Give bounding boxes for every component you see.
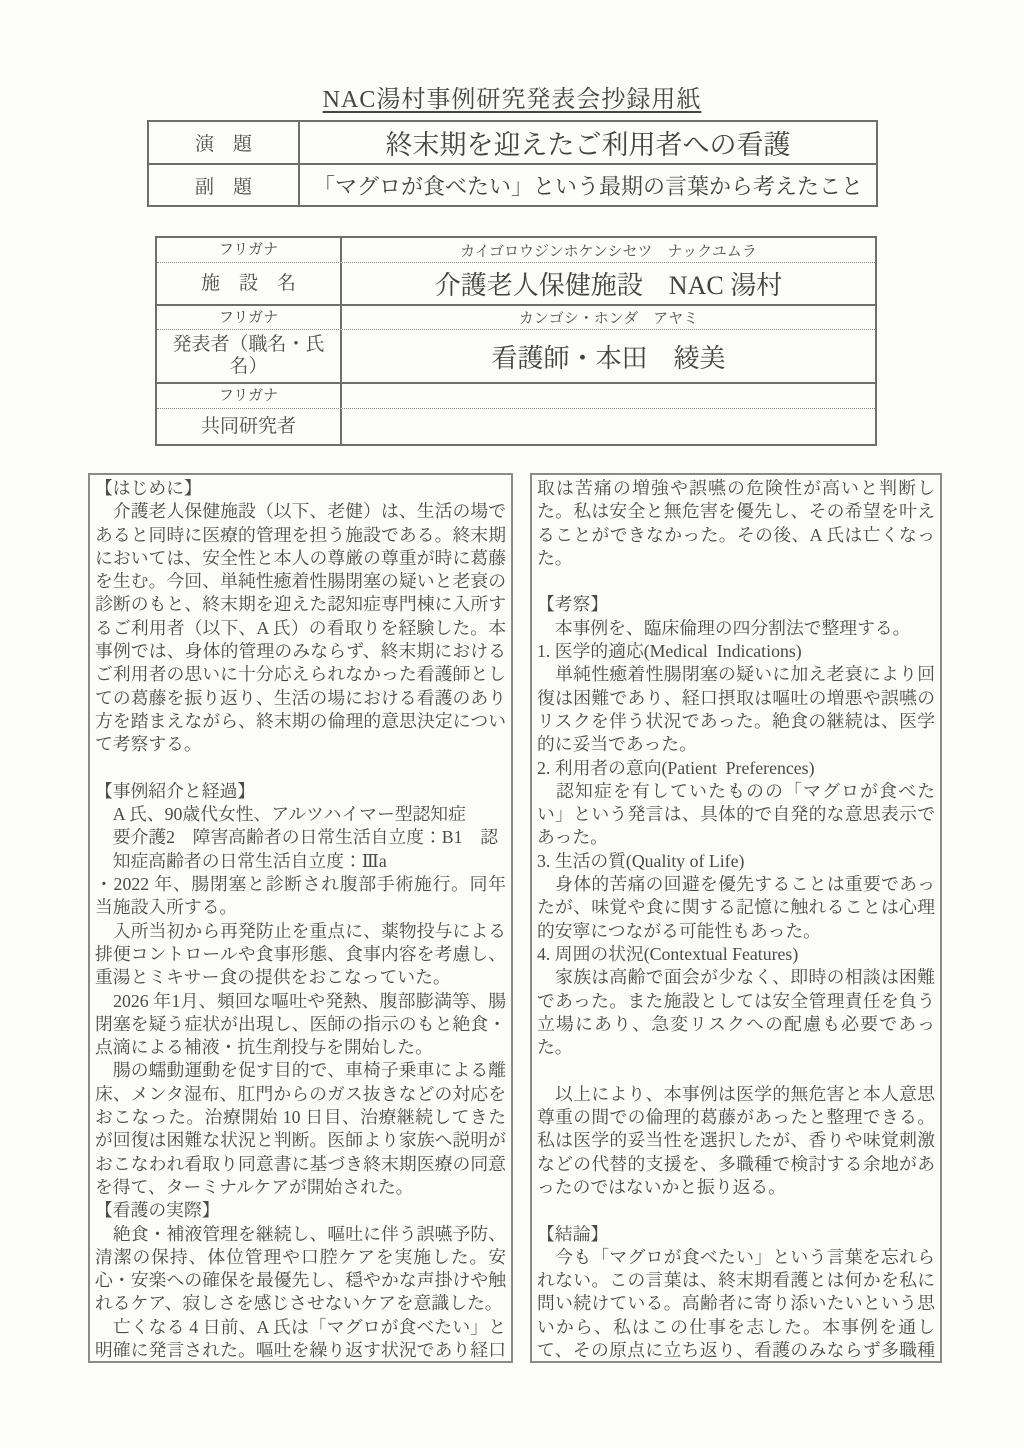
field-value-subtitle: 「マグロが食べたい」という最期の言葉から考えたこと [300, 165, 876, 205]
paragraph: 家族は高齢で面会が少なく、即時の相談は困難であった。また施設としては安全管理責任… [537, 966, 935, 1059]
abstract-right-column: 取は苦痛の増強や誤嚥の危険性が高いと判断した。私は安全と無危害を優先し、その希望… [530, 473, 942, 1363]
section-heading: 【看護の実際】 [95, 1199, 506, 1222]
paragraph: 取は苦痛の増強や誤嚥の危険性が高いと判断した。私は安全と無危害を優先し、その希望… [537, 477, 935, 570]
section-heading: 【考察】 [537, 593, 935, 616]
field-value-co-researcher-furigana [342, 384, 875, 408]
field-value-title: 終末期を迎えたご利用者への看護 [300, 122, 876, 163]
field-label-furigana: フリガナ [157, 384, 342, 408]
paragraph: 介護老人保健施設（以下、老健）は、生活の場であると同時に医療的管理を担う施設であ… [95, 500, 506, 756]
abstract-left-column: 【はじめに】 介護老人保健施設（以下、老健）は、生活の場であると同時に医療的管理… [88, 473, 513, 1363]
co-researcher-furigana-row: フリガナ [157, 384, 875, 409]
paragraph: 入所当初から再発防止を重点に、薬物投与による排便コントロールや食事形態、食事内容… [95, 920, 506, 990]
paragraph: 2. 利用者の意向(Patient Preferences) [537, 757, 935, 780]
title-table: 演 題 終末期を迎えたご利用者への看護 副 題 「マグロが食べたい」という最期の… [147, 120, 878, 207]
title-row: 演 題 終末期を迎えたご利用者への看護 [149, 122, 876, 163]
paragraph: 単純性癒着性腸閉塞の疑いに加え老衰により回復は困難であり、経口摂取は嘔吐の増悪や… [537, 663, 935, 756]
presenter-info-table: フリガナ カイゴロウジンホケンシセツ ナックユムラ 施 設 名 介護老人保健施設… [155, 236, 877, 446]
paragraph: 1. 医学的適応(Medical Indications) [537, 640, 935, 663]
field-label-subtitle: 副 題 [149, 165, 300, 205]
paragraph: A 氏、90歳代女性、アルツハイマー型認知症 要介護2 障害高齢者の日常生活自立… [95, 803, 506, 873]
field-label-co-researcher: 共同研究者 [157, 409, 342, 444]
paragraph: 亡くなる 4 日前、A 氏は「マグロが食べたい」と明確に発言された。嘔吐を繰り返… [95, 1316, 506, 1363]
blank-line [95, 757, 506, 780]
section-heading: 【はじめに】 [95, 477, 506, 500]
field-value-facility-furigana: カイゴロウジンホケンシセツ ナックユムラ [342, 238, 875, 262]
paragraph: 認知症を有していたものの「マグロが食べたい」という発言は、具体的で自発的な意思表… [537, 780, 935, 850]
field-value-facility: 介護老人保健施設 NAC 湯村 [342, 263, 875, 304]
co-researcher-group: フリガナ 共同研究者 [157, 382, 875, 444]
paragraph: 3. 生活の質(Quality of Life) [537, 850, 935, 873]
paragraph: ・2022 年、腸閉塞と診断され腹部手術施行。同年当施設入所する。 [95, 873, 506, 920]
facility-name-row: 施 設 名 介護老人保健施設 NAC 湯村 [157, 263, 875, 304]
blank-line [537, 1059, 935, 1082]
presenter-furigana-row: フリガナ カンゴシ・ホンダ アヤミ [157, 306, 875, 330]
paragraph: 4. 周囲の状況(Contextual Features) [537, 943, 935, 966]
field-label-furigana: フリガナ [157, 238, 342, 262]
paragraph: 絶食・補液管理を継続し、嘔吐に伴う誤嚥予防、清潔の保持、体位管理や口腔ケアを実施… [95, 1223, 506, 1316]
presenter-group: フリガナ カンゴシ・ホンダ アヤミ 発表者（職名・氏名） 看護師・本田 綾美 [157, 304, 875, 382]
facility-group: フリガナ カイゴロウジンホケンシセツ ナックユムラ 施 設 名 介護老人保健施設… [157, 238, 875, 304]
co-researcher-row: 共同研究者 [157, 409, 875, 444]
paragraph: 以上により、本事例は医学的無危害と本人意思尊重の間での倫理的葛藤があったと整理で… [537, 1083, 935, 1199]
field-value-presenter: 看護師・本田 綾美 [342, 330, 875, 382]
facility-furigana-row: フリガナ カイゴロウジンホケンシセツ ナックユムラ [157, 238, 875, 263]
field-label-facility: 施 設 名 [157, 263, 342, 304]
paragraph: 身体的苦痛の回避を優先することは重要であったが、味覚や食に関する記憶に触れること… [537, 873, 935, 943]
paragraph: 今も「マグロが食べたい」という言葉を忘れられない。この言葉は、終末期看護とは何か… [537, 1246, 935, 1363]
paragraph: 2026 年1月、頻回な嘔吐や発熱、腹部膨満等、腸閉塞を疑う症状が出現し、医師の… [95, 990, 506, 1060]
section-heading: 【事例紹介と経過】 [95, 780, 506, 803]
paragraph: 腸の蠕動運動を促す目的で、車椅子乗車による離床、メンタ湿布、肛門からのガス抜きな… [95, 1059, 506, 1199]
field-value-presenter-furigana: カンゴシ・ホンダ アヤミ [342, 306, 875, 329]
subtitle-row: 副 題 「マグロが食べたい」という最期の言葉から考えたこと [149, 163, 876, 205]
section-heading: 【結論】 [537, 1223, 935, 1246]
field-label-furigana: フリガナ [157, 306, 342, 329]
abstract-sheet-page: NAC湯村事例研究発表会抄録用紙 演 題 終末期を迎えたご利用者への看護 副 題… [0, 0, 1024, 1448]
field-value-co-researcher [342, 409, 875, 444]
blank-line [537, 1199, 935, 1222]
field-label-entitle: 演 題 [149, 122, 300, 163]
presenter-name-row: 発表者（職名・氏名） 看護師・本田 綾美 [157, 330, 875, 382]
blank-line [537, 570, 935, 593]
page-title: NAC湯村事例研究発表会抄録用紙 [0, 86, 1024, 114]
paragraph: 本事例を、臨床倫理の四分割法で整理する。 [537, 617, 935, 640]
field-label-presenter: 発表者（職名・氏名） [157, 330, 342, 382]
